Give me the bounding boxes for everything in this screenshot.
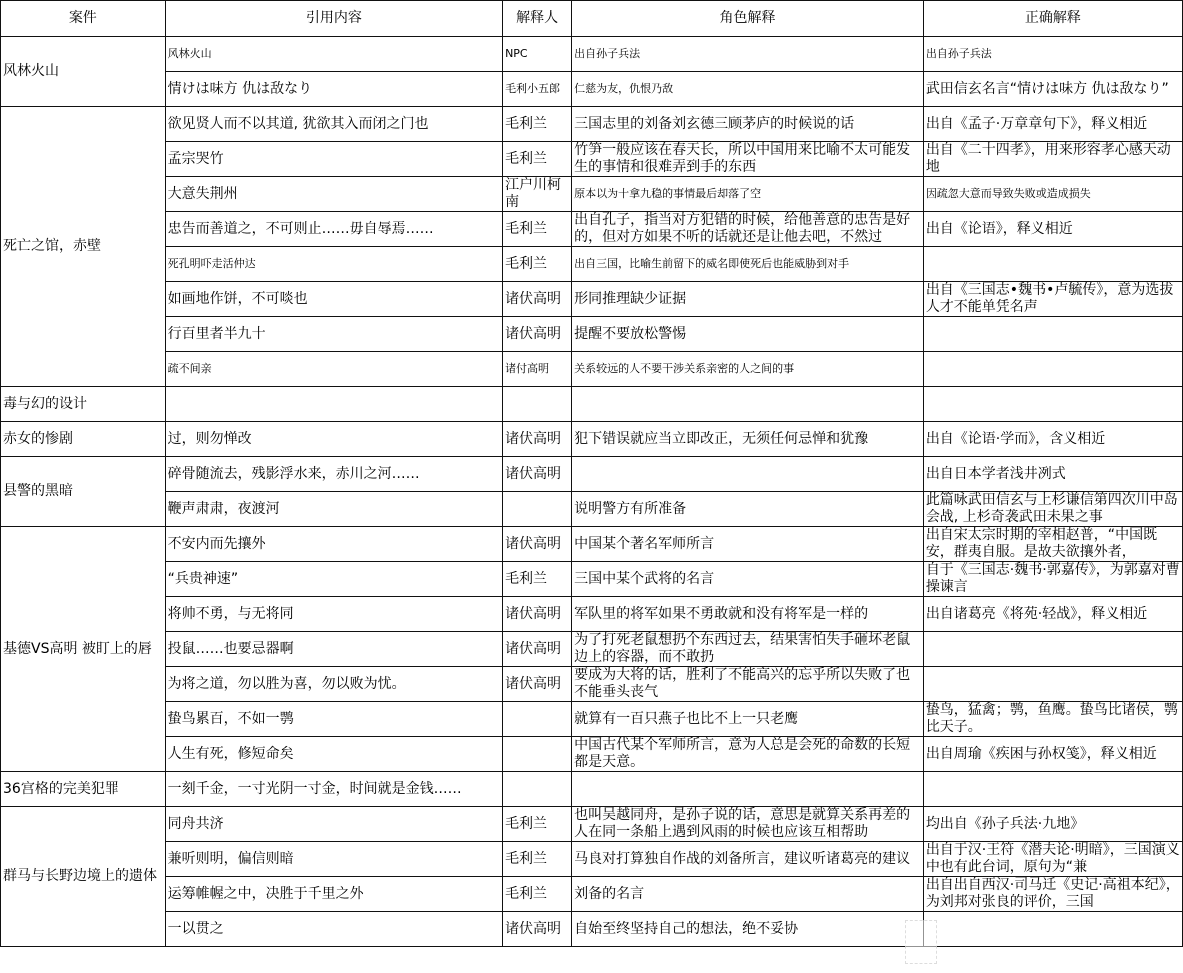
quote-cell: 一以贯之 [165,912,502,947]
correct-explanation-cell [923,352,1182,387]
character-explanation-cell: 出自孙子兵法 [572,37,924,72]
character-explanation-cell: 竹笋一般应该在春天长，所以中国用来比喻不太可能发生的事情和很难弄到手的东西 [572,142,924,177]
speaker-cell: 毛利小五郎 [503,72,572,107]
quote-cell: 将帅不勇，与无将同 [165,597,502,632]
character-explanation-cell: 要成为大将的话，胜利了不能高兴的忘乎所以失败了也不能垂头丧气 [572,667,924,702]
character-explanation-cell [572,772,924,807]
header-case: 案件 [1,1,166,37]
speaker-cell: 毛利兰 [503,247,572,282]
character-explanation-cell: 马良对打算独自作战的刘备所言，建议听诸葛亮的建议 [572,842,924,877]
correct-explanation-cell: 蛰鸟，猛禽；鹗，鱼鹰。蛰鸟比诸侯，鹗比天子。 [923,702,1182,737]
correct-explanation-cell [923,317,1182,352]
character-explanation-cell: 说明警方有所准备 [572,492,924,527]
speaker-cell: 诸付高明 [503,352,572,387]
speaker-cell: 诸伏高明 [503,282,572,317]
character-explanation-cell: 中国某个著名军师所言 [572,527,924,562]
correct-explanation-cell [923,247,1182,282]
correct-explanation-cell [923,772,1182,807]
correct-explanation-cell: 此篇咏武田信玄与上杉谦信第四次川中岛会战, 上杉奇袭武田未果之事 [923,492,1182,527]
speaker-cell: 诸伏高明 [503,597,572,632]
table-row: 蛰鸟累百，不如一鹗就算有一百只燕子也比不上一只老鹰蛰鸟，猛禽；鹗，鱼鹰。蛰鸟比诸… [1,702,1183,737]
table-row: 为将之道，勿以胜为喜，勿以败为忧。诸伏高明要成为大将的话，胜利了不能高兴的忘乎所… [1,667,1183,702]
quotes-table: 案件 引用内容 解释人 角色解释 正确解释 风林火山风林火山NPC出自孙子兵法出… [0,0,1183,947]
case-cell: 毒与幻的设计 [1,387,166,422]
quote-cell: 大意失荆州 [165,177,502,212]
table-row: “兵贵神速”毛利兰三国中某个武将的名言自于《三国志·魏书·郭嘉传》，为郭嘉对曹操… [1,562,1183,597]
speaker-cell: 毛利兰 [503,212,572,247]
speaker-cell: 诸伏高明 [503,317,572,352]
speaker-cell [503,387,572,422]
correct-explanation-cell: 出自于汉·王符《潜夫论·明暗》，三国演义中也有此台词，原句为“兼 [923,842,1182,877]
quote-cell: 碎骨随流去，残影浮水来，赤川之河…… [165,457,502,492]
character-explanation-cell: 刘备的名言 [572,877,924,912]
table-row: 毒与幻的设计 [1,387,1183,422]
case-cell: 36宫格的完美犯罪 [1,772,166,807]
case-cell: 风林火山 [1,37,166,107]
table-row: 一以贯之诸伏高明自始至终坚持自己的想法，绝不妥协 [1,912,1183,947]
quote-cell: 孟宗哭竹 [165,142,502,177]
speaker-cell: 诸伏高明 [503,912,572,947]
table-row: 基德VS高明 被盯上的唇不安内而先攘外诸伏高明中国某个著名军师所言出自宋太宗时期… [1,527,1183,562]
correct-explanation-cell: 出自宋太宗时期的宰相赵普，“中国既安，群夷自服。是故夫欲攘外者， [923,527,1182,562]
correct-explanation-cell [923,912,1182,947]
character-explanation-cell: 原本以为十拿九稳的事情最后却落了空 [572,177,924,212]
case-cell: 基德VS高明 被盯上的唇 [1,527,166,772]
quote-cell: 兼听则明，偏信则暗 [165,842,502,877]
quote-cell: 鞭声肃肃，夜渡河 [165,492,502,527]
quote-cell: 运筹帷幄之中，决胜于千里之外 [165,877,502,912]
correct-explanation-cell: 武田信玄名言“情けは味方 仇は敌なり” [923,72,1182,107]
correct-explanation-cell: 出自《论语·学而》，含义相近 [923,422,1182,457]
table-row: 兼听则明，偏信则暗毛利兰马良对打算独自作战的刘备所言，建议听诸葛亮的建议出自于汉… [1,842,1183,877]
quote-cell: 投鼠……也要忌器啊 [165,632,502,667]
quote-cell: 一刻千金，一寸光阴一寸金，时间就是金钱…… [165,772,502,807]
correct-explanation-cell: 出自日本学者浅井冽式 [923,457,1182,492]
speaker-cell: 诸伏高明 [503,527,572,562]
table-row: 鞭声肃肃，夜渡河说明警方有所准备此篇咏武田信玄与上杉谦信第四次川中岛会战, 上杉… [1,492,1183,527]
quote-cell: 情けは味方 仇は敌なり [165,72,502,107]
correct-explanation-cell: 出自出自西汉·司马迁《史记·高祖本纪》，为刘邦对张良的评价，三国 [923,877,1182,912]
header-character-explanation: 角色解释 [572,1,924,37]
speaker-cell: 毛利兰 [503,107,572,142]
header-quote: 引用内容 [165,1,502,37]
table-row: 行百里者半九十诸伏高明提醒不要放松警惕 [1,317,1183,352]
table-row: 死亡之馆，赤壁欲见贤人而不以其道, 犹欲其入而闭之门也毛利兰三国志里的刘备刘玄德… [1,107,1183,142]
correct-explanation-cell: 出自诸葛亮《将苑·轻战》，释义相近 [923,597,1182,632]
table-row: 如画地作饼，不可啖也诸伏高明形同推理缺少证据出自《三国志•魏书•卢毓传》，意为选… [1,282,1183,317]
watermark-overlay [905,920,937,964]
speaker-cell: 诸伏高明 [503,422,572,457]
speaker-cell: 毛利兰 [503,877,572,912]
table-row: 忠告而善道之，不可则止……毋自辱焉……毛利兰出自孔子，指当对方犯错的时候，给他善… [1,212,1183,247]
header-correct-explanation: 正确解释 [923,1,1182,37]
character-explanation-cell: 也叫吴越同舟，是孙子说的话，意思是就算关系再差的人在同一条船上遇到风雨的时候也应… [572,807,924,842]
speaker-cell: 毛利兰 [503,142,572,177]
character-explanation-cell: 仁慈为友，仇恨乃敌 [572,72,924,107]
speaker-cell: 毛利兰 [503,807,572,842]
character-explanation-cell: 提醒不要放松警惕 [572,317,924,352]
character-explanation-cell: 犯下错误就应当立即改正，无须任何忌惮和犹豫 [572,422,924,457]
case-cell: 死亡之馆，赤壁 [1,107,166,387]
correct-explanation-cell: 出自《论语》，释义相近 [923,212,1182,247]
quote-cell: 行百里者半九十 [165,317,502,352]
table-row: 疏不间亲诸付高明关系较远的人不要干涉关系亲密的人之间的事 [1,352,1183,387]
case-cell: 赤女的惨剧 [1,422,166,457]
character-explanation-cell: 三国中某个武将的名言 [572,562,924,597]
speaker-cell: 江户川柯南 [503,177,572,212]
table-row: 风林火山风林火山NPC出自孙子兵法出自孙子兵法 [1,37,1183,72]
speaker-cell [503,492,572,527]
quote-cell: 人生有死，修短命矣 [165,737,502,772]
speaker-cell [503,737,572,772]
case-cell: 群马与长野边境上的遗体 [1,807,166,947]
table-row: 孟宗哭竹毛利兰竹笋一般应该在春天长，所以中国用来比喻不太可能发生的事情和很难弄到… [1,142,1183,177]
speaker-cell: 诸伏高明 [503,667,572,702]
table-row: 情けは味方 仇は敌なり毛利小五郎仁慈为友，仇恨乃敌武田信玄名言“情けは味方 仇は… [1,72,1183,107]
character-explanation-cell: 自始至终坚持自己的想法，绝不妥协 [572,912,924,947]
quote-cell: 欲见贤人而不以其道, 犹欲其入而闭之门也 [165,107,502,142]
correct-explanation-cell [923,387,1182,422]
table-row: 运筹帷幄之中，决胜于千里之外毛利兰刘备的名言出自出自西汉·司马迁《史记·高祖本纪… [1,877,1183,912]
speaker-cell [503,772,572,807]
quote-cell: 为将之道，勿以胜为喜，勿以败为忧。 [165,667,502,702]
quote-cell: “兵贵神速” [165,562,502,597]
table-row: 人生有死，修短命矣中国古代某个军师所言，意为人总是会死的命数的长短都是天意。出自… [1,737,1183,772]
character-explanation-cell: 中国古代某个军师所言，意为人总是会死的命数的长短都是天意。 [572,737,924,772]
speaker-cell: 毛利兰 [503,562,572,597]
quote-cell: 不安内而先攘外 [165,527,502,562]
correct-explanation-cell: 出自《三国志•魏书•卢毓传》，意为选拔人才不能单凭名声 [923,282,1182,317]
quote-cell: 同舟共济 [165,807,502,842]
character-explanation-cell: 出自三国，比喻生前留下的威名即使死后也能威胁到对手 [572,247,924,282]
character-explanation-cell [572,457,924,492]
quote-cell: 蛰鸟累百，不如一鹗 [165,702,502,737]
quote-cell: 过，则勿惮改 [165,422,502,457]
character-explanation-cell: 三国志里的刘备刘玄德三顾茅庐的时候说的话 [572,107,924,142]
correct-explanation-cell [923,667,1182,702]
speaker-cell: 毛利兰 [503,842,572,877]
table-row: 县警的黑暗碎骨随流去，残影浮水来，赤川之河……诸伏高明出自日本学者浅井冽式 [1,457,1183,492]
table-row: 赤女的惨剧过，则勿惮改诸伏高明犯下错误就应当立即改正，无须任何忌惮和犹豫出自《论… [1,422,1183,457]
header-speaker: 解释人 [503,1,572,37]
case-cell: 县警的黑暗 [1,457,166,527]
table-row: 大意失荆州江户川柯南原本以为十拿九稳的事情最后却落了空因疏忽大意而导致失败或造成… [1,177,1183,212]
speaker-cell: 诸伏高明 [503,632,572,667]
character-explanation-cell [572,387,924,422]
correct-explanation-cell: 出自《二十四孝》，用来形容孝心感天动地 [923,142,1182,177]
quote-cell: 疏不间亲 [165,352,502,387]
speaker-cell [503,702,572,737]
table-row: 死孔明吓走活仲达毛利兰出自三国，比喻生前留下的威名即使死后也能威胁到对手 [1,247,1183,282]
table-row: 36宫格的完美犯罪一刻千金，一寸光阴一寸金，时间就是金钱…… [1,772,1183,807]
quote-cell: 忠告而善道之，不可则止……毋自辱焉…… [165,212,502,247]
table-row: 投鼠……也要忌器啊诸伏高明为了打死老鼠想扔个东西过去，结果害怕失手砸坏老鼠边上的… [1,632,1183,667]
speaker-cell: 诸伏高明 [503,457,572,492]
character-explanation-cell: 出自孔子，指当对方犯错的时候，给他善意的忠告是好的，但对方如果不听的话就还是让他… [572,212,924,247]
correct-explanation-cell: 因疏忽大意而导致失败或造成损失 [923,177,1182,212]
quote-cell: 死孔明吓走活仲达 [165,247,502,282]
table-body: 风林火山风林火山NPC出自孙子兵法出自孙子兵法情けは味方 仇は敌なり毛利小五郎仁… [1,37,1183,947]
header-row: 案件 引用内容 解释人 角色解释 正确解释 [1,1,1183,37]
quote-cell: 如画地作饼，不可啖也 [165,282,502,317]
correct-explanation-cell: 出自周瑜《疾困与孙权笺》，释义相近 [923,737,1182,772]
character-explanation-cell: 形同推理缺少证据 [572,282,924,317]
correct-explanation-cell: 自于《三国志·魏书·郭嘉传》，为郭嘉对曹操谏言 [923,562,1182,597]
quote-cell: 风林火山 [165,37,502,72]
table-row: 将帅不勇，与无将同诸伏高明军队里的将军如果不勇敢就和没有将军是一样的出自诸葛亮《… [1,597,1183,632]
character-explanation-cell: 就算有一百只燕子也比不上一只老鹰 [572,702,924,737]
correct-explanation-cell: 均出自《孙子兵法·九地》 [923,807,1182,842]
speaker-cell: NPC [503,37,572,72]
character-explanation-cell: 关系较远的人不要干涉关系亲密的人之间的事 [572,352,924,387]
quote-cell [165,387,502,422]
correct-explanation-cell [923,632,1182,667]
correct-explanation-cell: 出自《孟子·万章章句下》，释义相近 [923,107,1182,142]
character-explanation-cell: 军队里的将军如果不勇敢就和没有将军是一样的 [572,597,924,632]
character-explanation-cell: 为了打死老鼠想扔个东西过去，结果害怕失手砸坏老鼠边上的容器，而不敢扔 [572,632,924,667]
table-row: 群马与长野边境上的遗体同舟共济毛利兰也叫吴越同舟，是孙子说的话，意思是就算关系再… [1,807,1183,842]
correct-explanation-cell: 出自孙子兵法 [923,37,1182,72]
